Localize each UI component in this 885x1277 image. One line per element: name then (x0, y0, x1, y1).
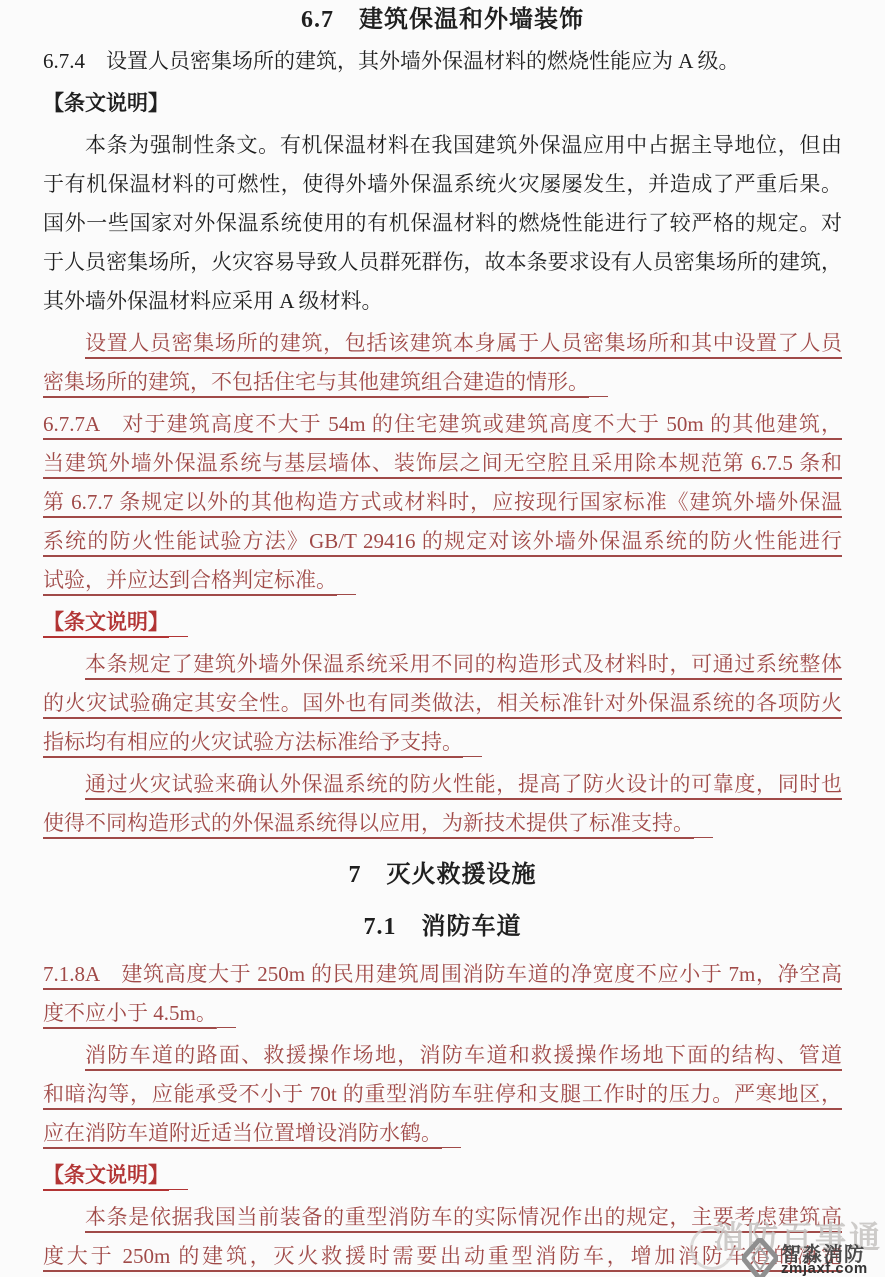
text-line: 的火灾试验确定其安全性。国外也有同类做法，相关标准针对外保温系统的各项防火 (43, 684, 842, 723)
text-line: 7.1.8A 建筑高度大于 250m 的民用建筑周围消防车道的净宽度不应小于 7… (43, 955, 842, 994)
text-line: 6.7.4 设置人员密集场所的建筑，其外墙外保温材料的燃烧性能应为 A 级。 (43, 42, 842, 81)
chapter-title-7: 7 灭火救援设施 (43, 855, 842, 895)
text-line: 于有机保温材料的可燃性，使得外墙外保温系统火灾屡屡发生，并造成了严重后果。 (43, 165, 842, 204)
commentary-6-7-7A-paragraph-2: 通过火灾试验来确认外保温系统的防火性能，提高了防火设计的可靠度，同时也使得不同构… (43, 765, 842, 843)
text-line: 6.7.7A 对于建筑高度不大于 54m 的住宅建筑或建筑高度不大于 50m 的… (43, 405, 842, 444)
text-line: 度不应小于 4.5m。 (43, 994, 842, 1033)
watermark-domain-text: zmjaxf.com (781, 1260, 868, 1277)
text-line: 本条为强制性条文。有机保温材料在我国建筑外保温应用中占据主导地位，但由 (43, 126, 842, 165)
diamond-logo-icon (742, 1238, 778, 1277)
text-line: 第 6.7.7 条规定以外的其他构造方式或材料时，应按现行国家标准《建筑外墙外保… (43, 483, 842, 522)
text-line: 于人员密集场所，火灾容易导致人员群死群伤，故本条要求设有人员密集场所的建筑， (43, 243, 842, 282)
section-title-6-7: 6.7 建筑保温和外墙装饰 (43, 2, 842, 38)
text-line: 试验，并应达到合格判定标准。 (43, 561, 842, 600)
text-line: 和暗沟等，应能承受不小于 70t 的重型消防车驻停和支腿工作时的压力。严寒地区， (43, 1075, 842, 1114)
clause-6-7-4: 6.7.4 设置人员密集场所的建筑，其外墙外保温材料的燃烧性能应为 A 级。 (43, 42, 842, 81)
commentary-6-7-7A-paragraph-1: 本条规定了建筑外墙外保温系统采用不同的构造形式及材料时，可通过系统整体的火灾试验… (43, 645, 842, 762)
text-line: 指标均有相应的火灾试验方法标准给予支持。 (43, 723, 842, 762)
subsection-title-7-1: 7.1 消防车道 (43, 907, 842, 947)
commentary-6-7-4-paragraph: 本条为强制性条文。有机保温材料在我国建筑外保温应用中占据主导地位，但由于有机保温… (43, 126, 842, 321)
text-line: 密集场所的建筑，不包括住宅与其他建筑组合建造的情形。 (43, 363, 842, 402)
text-line: 本条规定了建筑外墙外保温系统采用不同的构造形式及材料时，可通过系统整体 (43, 645, 842, 684)
amendment-note-6-7-4: 设置人员密集场所的建筑，包括该建筑本身属于人员密集场所和其中设置了人员密集场所的… (43, 324, 842, 402)
document-page: 6.7 建筑保温和外墙装饰6.7.4 设置人员密集场所的建筑，其外墙外保温材料的… (0, 0, 885, 1276)
text-line: 国外一些国家对外保温系统使用的有机保温材料的燃烧性能进行了较严格的规定。对 (43, 204, 842, 243)
clause-7-1-8A-paragraph-2: 消防车道的路面、救援操作场地，消防车道和救援操作场地下面的结构、管道和暗沟等，应… (43, 1036, 842, 1153)
text-line: 设置人员密集场所的建筑，包括该建筑本身属于人员密集场所和其中设置了人员 (43, 324, 842, 363)
text-line: 消防车道的路面、救援操作场地，消防车道和救援操作场地下面的结构、管道 (43, 1036, 842, 1075)
text-line: 当建筑外墙外保温系统与基层墙体、装饰层之间无空腔且采用除本规范第 6.7.5 条… (43, 444, 842, 483)
commentary-label-3: 【条文说明】 (43, 1156, 842, 1195)
text-line: 其外墙外保温材料应采用 A 级材料。 (43, 282, 842, 321)
commentary-label-1: 【条文说明】 (43, 84, 842, 123)
clause-6-7-7A: 6.7.7A 对于建筑高度不大于 54m 的住宅建筑或建筑高度不大于 50m 的… (43, 405, 842, 600)
text-line: 通过火灾试验来确认外保温系统的防火性能，提高了防火设计的可靠度，同时也 (43, 765, 842, 804)
text-line: 使得不同构造形式的外保温系统得以应用，为新技术提供了标准支持。 (43, 804, 842, 843)
text-line: 应在消防车道附近适当位置增设消防水鹤。 (43, 1114, 842, 1153)
commentary-label-2: 【条文说明】 (43, 603, 842, 642)
clause-7-1-8A: 7.1.8A 建筑高度大于 250m 的民用建筑周围消防车道的净宽度不应小于 7… (43, 955, 842, 1033)
text-line: 系统的防火性能试验方法》GB/T 29416 的规定对该外墙外保温系统的防火性能… (43, 522, 842, 561)
